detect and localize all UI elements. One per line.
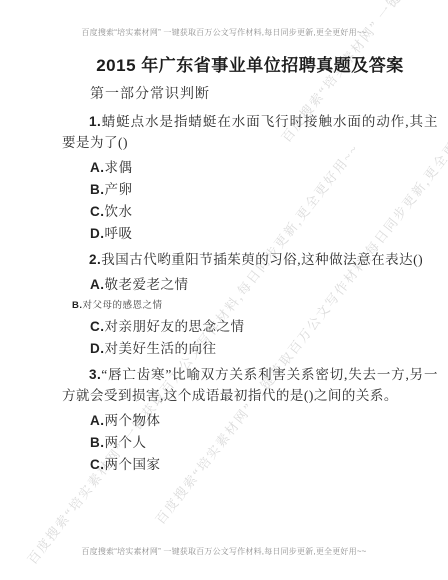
option-label: D. [90, 341, 105, 356]
option-text: 对父母的感恩之情 [83, 301, 163, 311]
option-text: 求偶 [105, 160, 133, 175]
option-item: A.两个物体 [62, 414, 438, 428]
option-text: 两个国家 [105, 457, 161, 472]
question-item: 2.我国古代哟重阳节插茱萸的习俗,这种做法意在表达() A.敬老爱老之情 B.对… [62, 249, 438, 356]
option-label: B. [90, 435, 105, 450]
option-item: B.对父母的感恩之情 [62, 300, 438, 312]
option-text: 饮水 [105, 204, 133, 219]
promo-footer-text: 百度搜索“培实素材网” 一键获取百万公文写作材料,每日同步更新,更全更好用~~ [0, 546, 448, 557]
options-list: A.两个物体 B.两个人 C.两个国家 [62, 414, 438, 472]
option-text: 两个物体 [105, 413, 161, 428]
option-item: A.求偶 [62, 161, 438, 175]
option-item: C.饮水 [62, 205, 438, 219]
option-item: D.对美好生活的向往 [62, 342, 438, 356]
option-label: A. [90, 277, 105, 292]
option-item: D.呼吸 [62, 227, 438, 241]
question-body: 蜻蜓点水是指蜻蜓在水面飞行时接触水面的动作,其主要是为了() [62, 114, 438, 150]
question-body: “唇亡齿寒”比喻双方关系利害关系密切,失去一方,另一方就会受到损害,这个成语最初… [62, 367, 438, 403]
options-list: A.求偶 B.产卵 C.饮水 D.呼吸 [62, 161, 438, 241]
document-page: 百度搜索“培实素材网” 一键获取百万公文写作材料,每日同步更新,更全更好用~~ … [0, 0, 448, 580]
option-item: B.两个人 [62, 436, 438, 450]
option-text: 产卵 [105, 182, 133, 197]
option-label: C. [90, 204, 105, 219]
option-label: B. [90, 182, 105, 197]
option-text: 呼吸 [105, 226, 133, 241]
question-number: 2. [89, 252, 101, 267]
option-label: A. [90, 413, 105, 428]
question-text: 2.我国古代哟重阳节插茱萸的习俗,这种做法意在表达() [62, 249, 438, 270]
option-text: 对亲朋好友的思念之情 [105, 319, 245, 334]
option-label: A. [90, 160, 105, 175]
options-list: A.敬老爱老之情 B.对父母的感恩之情 C.对亲朋好友的思念之情 D.对美好生活… [62, 278, 438, 356]
option-label: D. [90, 226, 105, 241]
question-item: 3.“唇亡齿寒”比喻双方关系利害关系密切,失去一方,另一方就会受到损害,这个成语… [62, 364, 438, 472]
option-item: B.产卵 [62, 183, 438, 197]
option-item: C.对亲朋好友的思念之情 [62, 320, 438, 334]
question-number: 3. [89, 367, 101, 382]
option-label: C. [90, 457, 105, 472]
option-text: 敬老爱老之情 [105, 277, 189, 292]
option-text: 对美好生活的向往 [105, 341, 217, 356]
doc-title: 2015 年广东省事业单位招聘真题及答案 [62, 54, 438, 77]
option-text: 两个人 [105, 435, 147, 450]
question-number: 1. [89, 114, 101, 129]
question-body: 我国古代哟重阳节插茱萸的习俗,这种做法意在表达() [101, 252, 423, 267]
option-label: B. [72, 300, 83, 311]
question-text: 1.蜻蜓点水是指蜻蜓在水面飞行时接触水面的动作,其主要是为了() [62, 111, 438, 153]
option-item: A.敬老爱老之情 [62, 278, 438, 292]
option-item: C.两个国家 [62, 458, 438, 472]
section-heading: 第一部分常识判断 [62, 86, 438, 103]
option-label: C. [90, 319, 105, 334]
question-text: 3.“唇亡齿寒”比喻双方关系利害关系密切,失去一方,另一方就会受到损害,这个成语… [62, 364, 438, 406]
question-item: 1.蜻蜓点水是指蜻蜓在水面飞行时接触水面的动作,其主要是为了() A.求偶 B.… [62, 111, 438, 241]
document-content: 2015 年广东省事业单位招聘真题及答案 第一部分常识判断 1.蜻蜓点水是指蜻蜓… [62, 0, 438, 472]
